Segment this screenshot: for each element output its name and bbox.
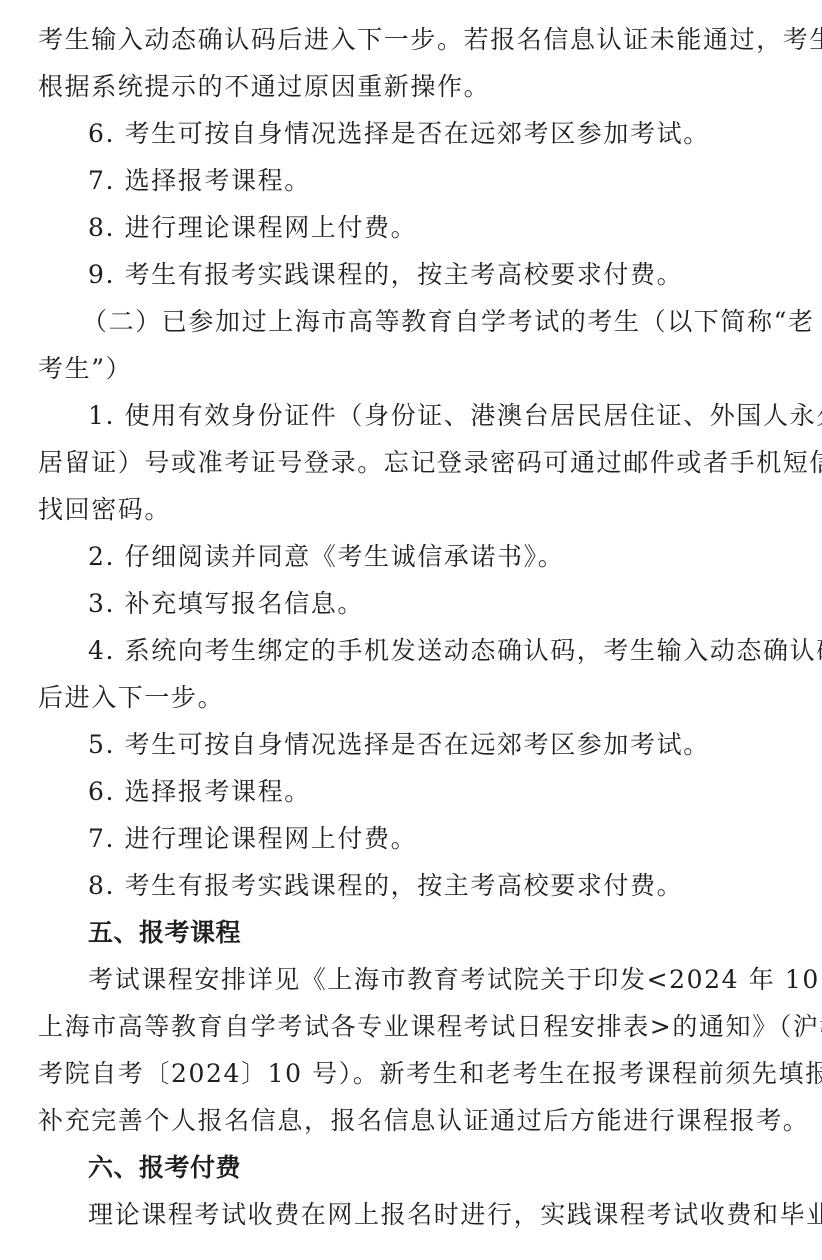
- section-heading-courses: 五、报考课程: [38, 909, 790, 956]
- list-item-step-1: 1. 使用有效身份证件（身份证、港澳台居民居住证、外国人永久 居留证）号或准考证…: [38, 392, 790, 533]
- text-line: 2. 仔细阅读并同意《考生诚信承诺书》。: [38, 533, 790, 580]
- list-item-step-6: 6. 考生可按自身情况选择是否在远郊考区参加考试。: [38, 110, 790, 157]
- text-line: 找回密码。: [38, 486, 790, 533]
- text-line: 6. 选择报考课程。: [38, 768, 790, 815]
- text-line: 7. 选择报考课程。: [38, 157, 790, 204]
- text-line: 理论课程考试收费在网上报名时进行，实践课程考试收费和毕业: [38, 1191, 790, 1238]
- list-item-step-3: 3. 补充填写报名信息。: [38, 580, 790, 627]
- text-line: 8. 进行理论课程网上付费。: [38, 204, 790, 251]
- paragraph-payment: 理论课程考试收费在网上报名时进行，实践课程考试收费和毕业: [38, 1191, 790, 1238]
- text-line: 8. 考生有报考实践课程的，按主考高校要求付费。: [38, 862, 790, 909]
- list-item-step-2: 2. 仔细阅读并同意《考生诚信承诺书》。: [38, 533, 790, 580]
- document-page: 考生输入动态确认码后进入下一步。若报名信息认证未能通过，考生 根据系统提示的不通…: [38, 16, 790, 1238]
- list-item-step-9: 9. 考生有报考实践课程的，按主考高校要求付费。: [38, 251, 790, 298]
- heading-text: 五、报考课程: [38, 909, 790, 956]
- text-line: 考生输入动态确认码后进入下一步。若报名信息认证未能通过，考生: [38, 16, 790, 63]
- text-line: 补充完善个人报名信息，报名信息认证通过后方能进行课程报考。: [38, 1097, 790, 1144]
- section-heading-payment: 六、报考付费: [38, 1144, 790, 1191]
- text-line: 居留证）号或准考证号登录。忘记登录密码可通过邮件或者手机短信: [38, 439, 790, 486]
- list-item-step-6b: 6. 选择报考课程。: [38, 768, 790, 815]
- list-item-step-8: 8. 进行理论课程网上付费。: [38, 204, 790, 251]
- text-line: 后进入下一步。: [38, 674, 790, 721]
- text-line: 7. 进行理论课程网上付费。: [38, 815, 790, 862]
- list-item-step-8b: 8. 考生有报考实践课程的，按主考高校要求付费。: [38, 862, 790, 909]
- list-item-step-4: 4. 系统向考生绑定的手机发送动态确认码，考生输入动态确认码 后进入下一步。: [38, 627, 790, 721]
- text-line: 根据系统提示的不通过原因重新操作。: [38, 63, 790, 110]
- list-item-step-5: 5. 考生可按自身情况选择是否在远郊考区参加考试。: [38, 721, 790, 768]
- text-line: 6. 考生可按自身情况选择是否在远郊考区参加考试。: [38, 110, 790, 157]
- paragraph-continuation: 考生输入动态确认码后进入下一步。若报名信息认证未能通过，考生 根据系统提示的不通…: [38, 16, 790, 110]
- text-line: 考生”）: [38, 345, 790, 392]
- subheading-returning-candidates: （二）已参加过上海市高等教育自学考试的考生（以下简称“老 考生”）: [38, 298, 790, 392]
- text-line: 上海市高等教育自学考试各专业课程考试日程安排表>的通知》（沪教: [38, 1003, 790, 1050]
- text-line: 1. 使用有效身份证件（身份证、港澳台居民居住证、外国人永久: [38, 392, 790, 439]
- list-item-step-7: 7. 选择报考课程。: [38, 157, 790, 204]
- text-line: 4. 系统向考生绑定的手机发送动态确认码，考生输入动态确认码: [38, 627, 790, 674]
- text-line: 考院自考〔2024〕10 号）。新考生和老考生在报考课程前须先填报或: [38, 1050, 790, 1097]
- text-line: 考试课程安排详见《上海市教育考试院关于印发<2024 年 10 月: [38, 956, 790, 1003]
- text-line: 5. 考生可按自身情况选择是否在远郊考区参加考试。: [38, 721, 790, 768]
- heading-text: 六、报考付费: [38, 1144, 790, 1191]
- text-line: （二）已参加过上海市高等教育自学考试的考生（以下简称“老: [38, 298, 790, 345]
- text-line: 3. 补充填写报名信息。: [38, 580, 790, 627]
- paragraph-course-schedule: 考试课程安排详见《上海市教育考试院关于印发<2024 年 10 月 上海市高等教…: [38, 956, 790, 1144]
- list-item-step-7b: 7. 进行理论课程网上付费。: [38, 815, 790, 862]
- text-line: 9. 考生有报考实践课程的，按主考高校要求付费。: [38, 251, 790, 298]
